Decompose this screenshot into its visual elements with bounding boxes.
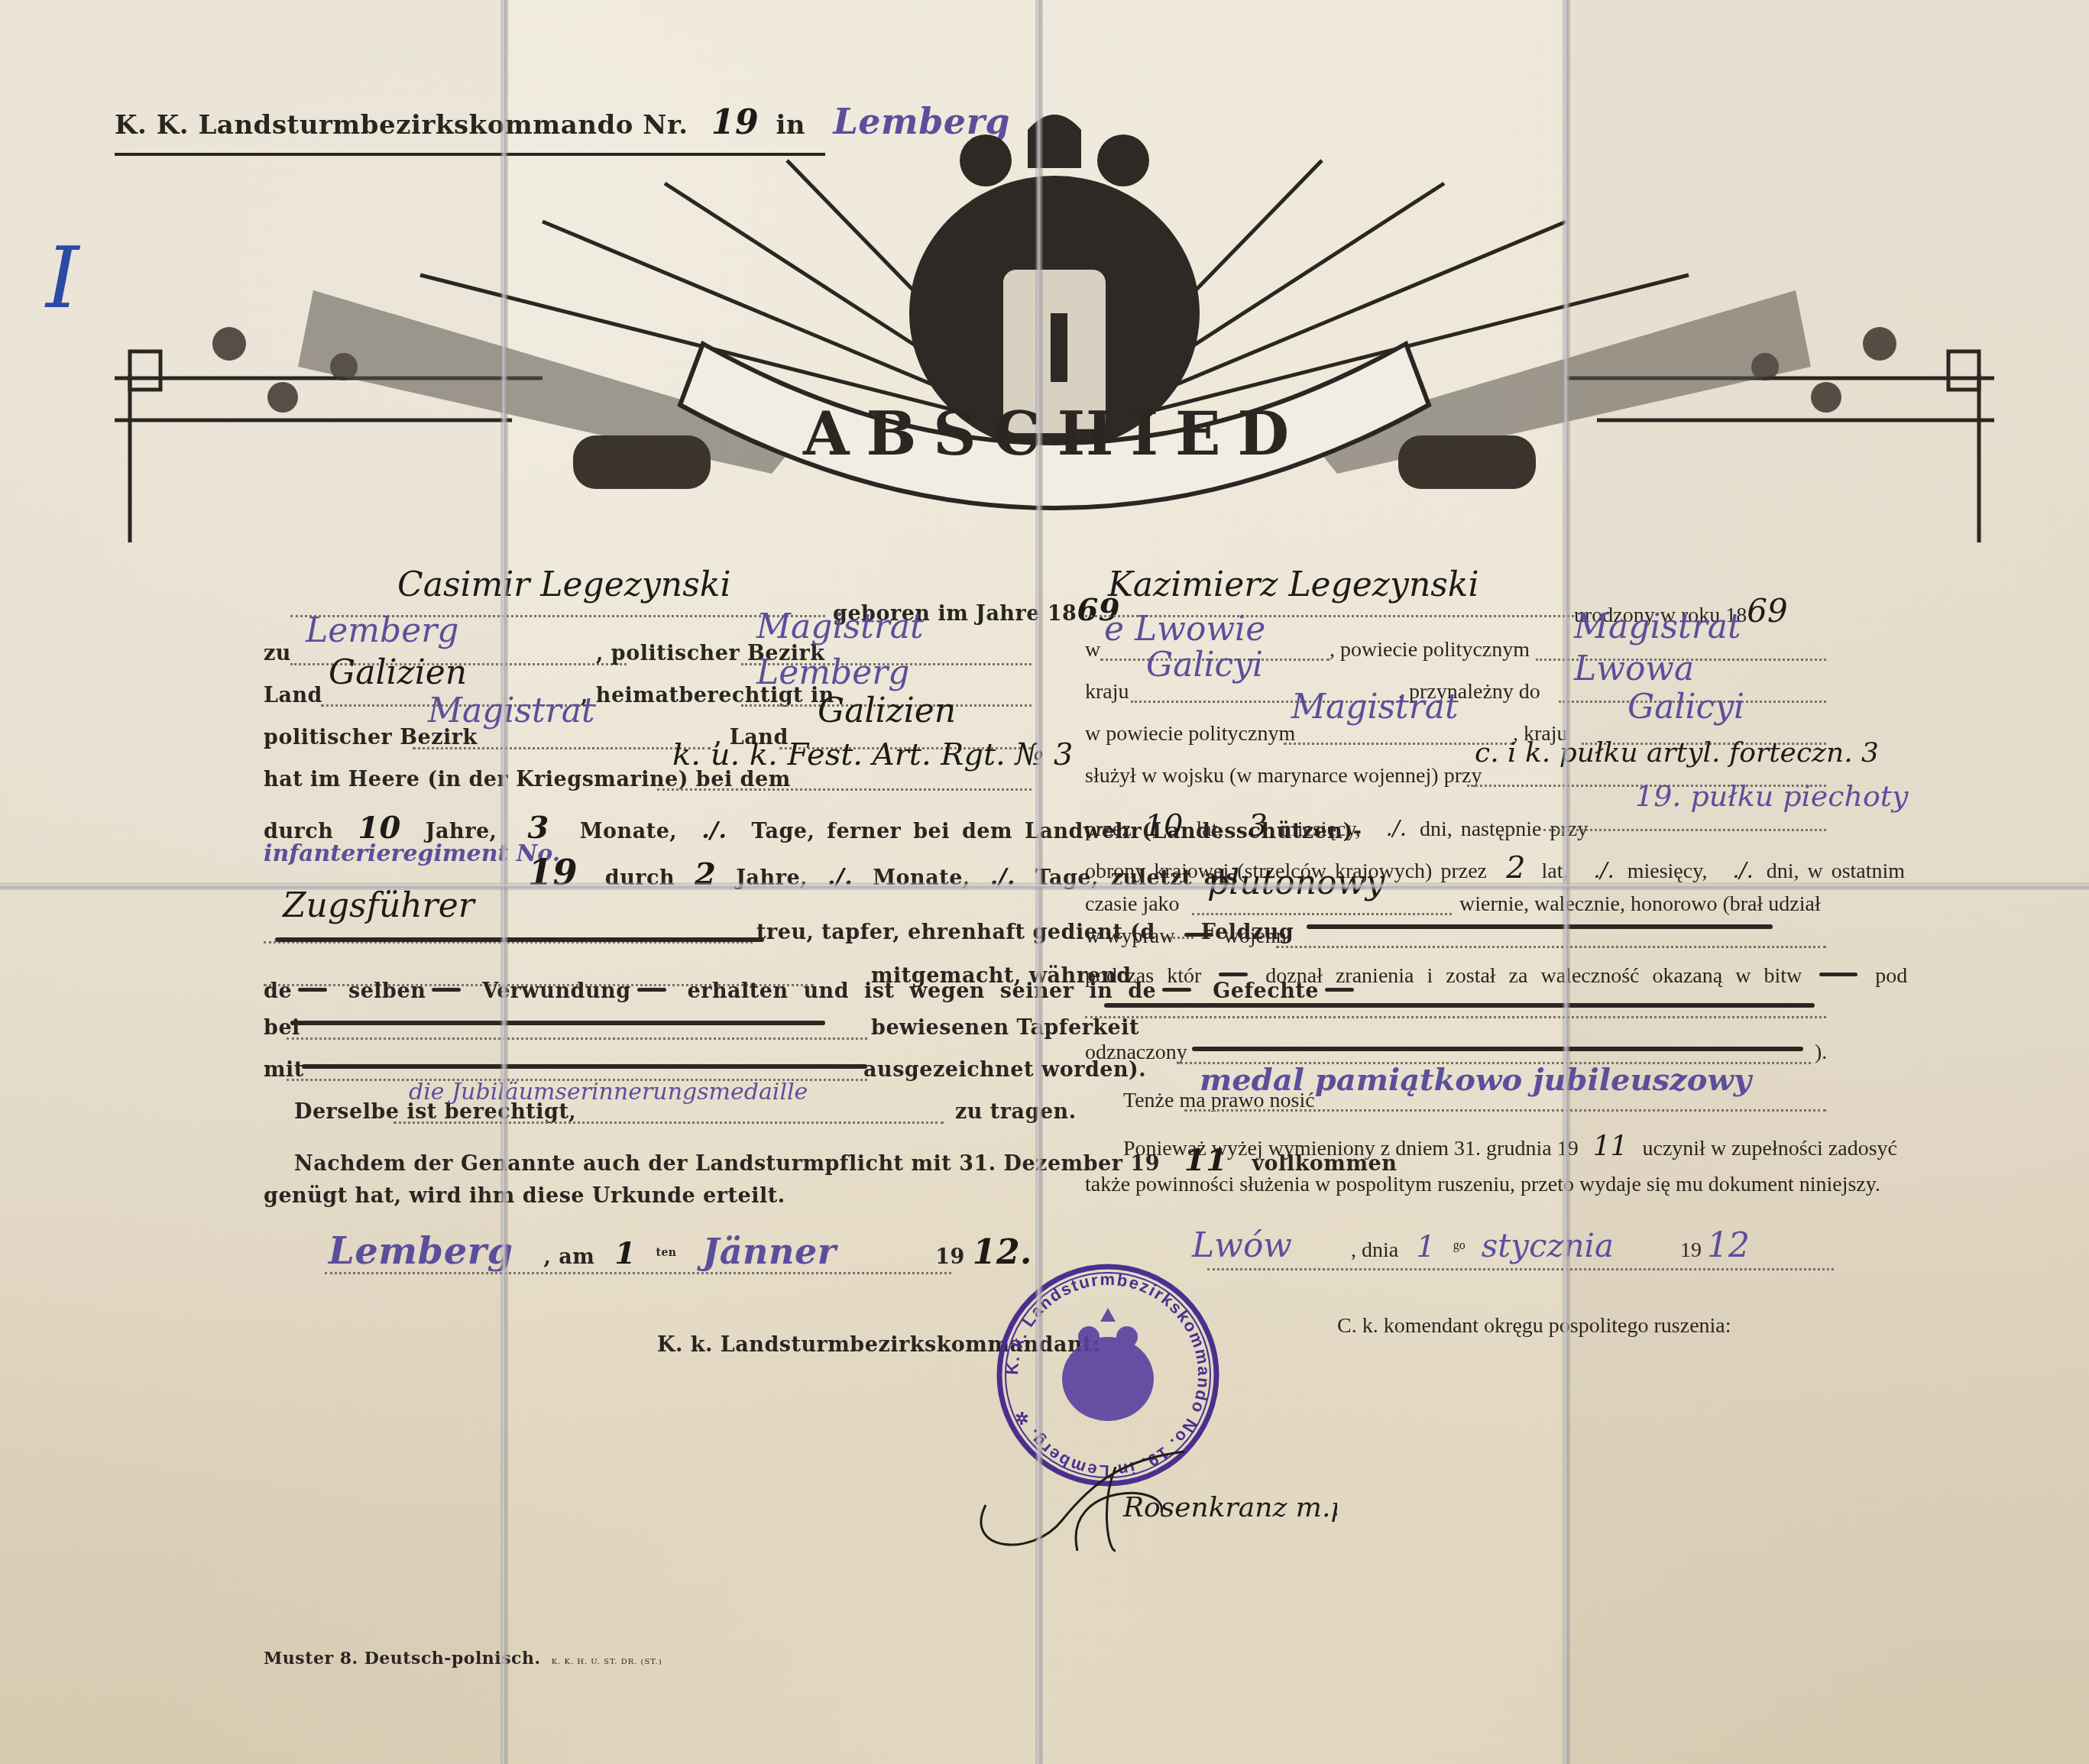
pol-odznaczony-label: odznaczony bbox=[1085, 1041, 1187, 1065]
ger-district2: Magistrat bbox=[428, 691, 595, 730]
strike-line bbox=[1104, 1003, 1815, 1008]
field-line bbox=[1276, 946, 1826, 948]
pol-signatory: C. k. komendant okręgu pospolitego rusze… bbox=[1337, 1314, 1731, 1338]
document-paper: I K. K. Landsturmbezirkskommando Nr. 19 … bbox=[0, 0, 2089, 1764]
pol-district: Magistrat bbox=[1574, 607, 1741, 646]
field-line bbox=[657, 788, 1032, 791]
ger-medal: die Jubiläumserinnerungsmedaille bbox=[409, 1079, 808, 1105]
ger-bei-label: bei bbox=[264, 1016, 300, 1040]
pol-close-paren: ). bbox=[1815, 1041, 1827, 1065]
field-line bbox=[1543, 829, 1826, 831]
ger-land-label: Land bbox=[264, 684, 322, 707]
stamp-eagle-icon bbox=[1062, 1308, 1154, 1421]
pol-w-label: w bbox=[1085, 638, 1100, 662]
pol-podczas-line: podczas któr doznał zranienia i został z… bbox=[1085, 964, 1907, 989]
strike-line bbox=[1192, 1047, 1803, 1051]
pol-date-line: Lwów , dnia 1 go stycznia 19 12 bbox=[1192, 1226, 1750, 1265]
pol-wypraw-line: w wypraw wojenn bbox=[1085, 924, 1287, 949]
pol-district2-label: w powiecie politycznym bbox=[1085, 722, 1295, 746]
margin-mark: I bbox=[46, 229, 79, 327]
ger-zu-label: zu bbox=[264, 642, 291, 665]
ger-district: Magistrat bbox=[756, 607, 924, 646]
fold-line bbox=[0, 882, 2089, 890]
banner-title: ABSCHIED bbox=[802, 400, 1306, 469]
ger-tragen-label: zu tragen. bbox=[955, 1100, 1077, 1124]
pol-medal: medal pamiątkowo jubileuszowy bbox=[1200, 1062, 1751, 1098]
ger-name: Casimir Legezynski bbox=[397, 565, 731, 604]
pol-przez-line: przez 10 lat, 3 miesięcy, ./. dni, nastę… bbox=[1085, 808, 1588, 843]
pol-kraju: Galicyi bbox=[1146, 646, 1263, 685]
ger-tapferkeit-label: bewiesenen Tapferkeit bbox=[871, 1016, 1139, 1040]
pol-district-label: , powiecie politycznym bbox=[1330, 638, 1530, 662]
pol-unit: c. i k. pułku artyl. forteczn. 3 bbox=[1475, 737, 1879, 769]
field-line bbox=[287, 1037, 867, 1040]
ger-date-line: Lemberg , am 1 ten Jänner 19 12. bbox=[329, 1230, 1032, 1273]
ger-rank: Zugsführer bbox=[283, 886, 474, 925]
field-line bbox=[413, 747, 711, 749]
svg-text:Rosenkranz m.p.: Rosenkranz m.p. bbox=[1122, 1492, 1337, 1523]
field-line bbox=[1184, 1109, 1826, 1112]
ger-unit: k. u. k. Fest. Art. Rgt. № 3 bbox=[672, 737, 1074, 772]
ger-birthplace: Lemberg bbox=[306, 611, 458, 650]
pol-unit2: 19. pułku piechoty bbox=[1635, 779, 1909, 813]
ger-land2: Galizien bbox=[818, 691, 956, 730]
field-line bbox=[1192, 913, 1452, 915]
pol-kraju-label: kraju bbox=[1085, 680, 1129, 704]
ger-genuegt-label: genügt hat, wird ihm diese Urkunde ertei… bbox=[264, 1184, 785, 1208]
pol-poniewaz-line: Ponieważ wyżej wymieniony z dniem 31. gr… bbox=[1123, 1131, 1897, 1162]
field-line bbox=[325, 1272, 951, 1274]
field-line bbox=[394, 1122, 944, 1124]
field-line bbox=[1085, 1016, 1826, 1018]
strike-line bbox=[275, 937, 764, 942]
pol-served-label: służył w wojsku (w marynarce wojennej) p… bbox=[1085, 764, 1482, 788]
strike-line bbox=[302, 1064, 867, 1069]
pol-district2: Magistrat bbox=[1291, 688, 1459, 727]
abschied-engraving: ABSCHIED bbox=[115, 115, 1994, 542]
pol-takze-label: także powinności służenia w pospolitym r… bbox=[1085, 1173, 1880, 1197]
pol-birthplace: e Lwowie bbox=[1104, 610, 1265, 649]
field-line bbox=[1207, 1268, 1834, 1270]
form-footer: Muster 8. Deutsch-polnisch.K. K. H. U. S… bbox=[264, 1649, 662, 1669]
pol-wiernie-label: wiernie, walecznie, honorowo (brał udzia… bbox=[1459, 892, 1821, 917]
commander-signature: Rosenkranz m.p. bbox=[970, 1436, 1337, 1558]
strike-line bbox=[290, 1021, 825, 1025]
printer-mark: K. K. H. U. ST. DR. (ST.) bbox=[552, 1658, 662, 1666]
pol-przynalezny: Lwowa bbox=[1574, 649, 1694, 688]
form-number: Muster 8. Deutsch-polnisch. bbox=[264, 1649, 541, 1669]
ger-heimat: Lemberg bbox=[756, 653, 909, 692]
pol-czasie-label: czasie jako bbox=[1085, 892, 1180, 917]
ger-land: Galizien bbox=[329, 653, 467, 692]
strike-line bbox=[1307, 924, 1773, 929]
pol-kraju2: Galicyi bbox=[1627, 688, 1744, 727]
pol-name: Kazimierz Legezynski bbox=[1108, 565, 1479, 604]
